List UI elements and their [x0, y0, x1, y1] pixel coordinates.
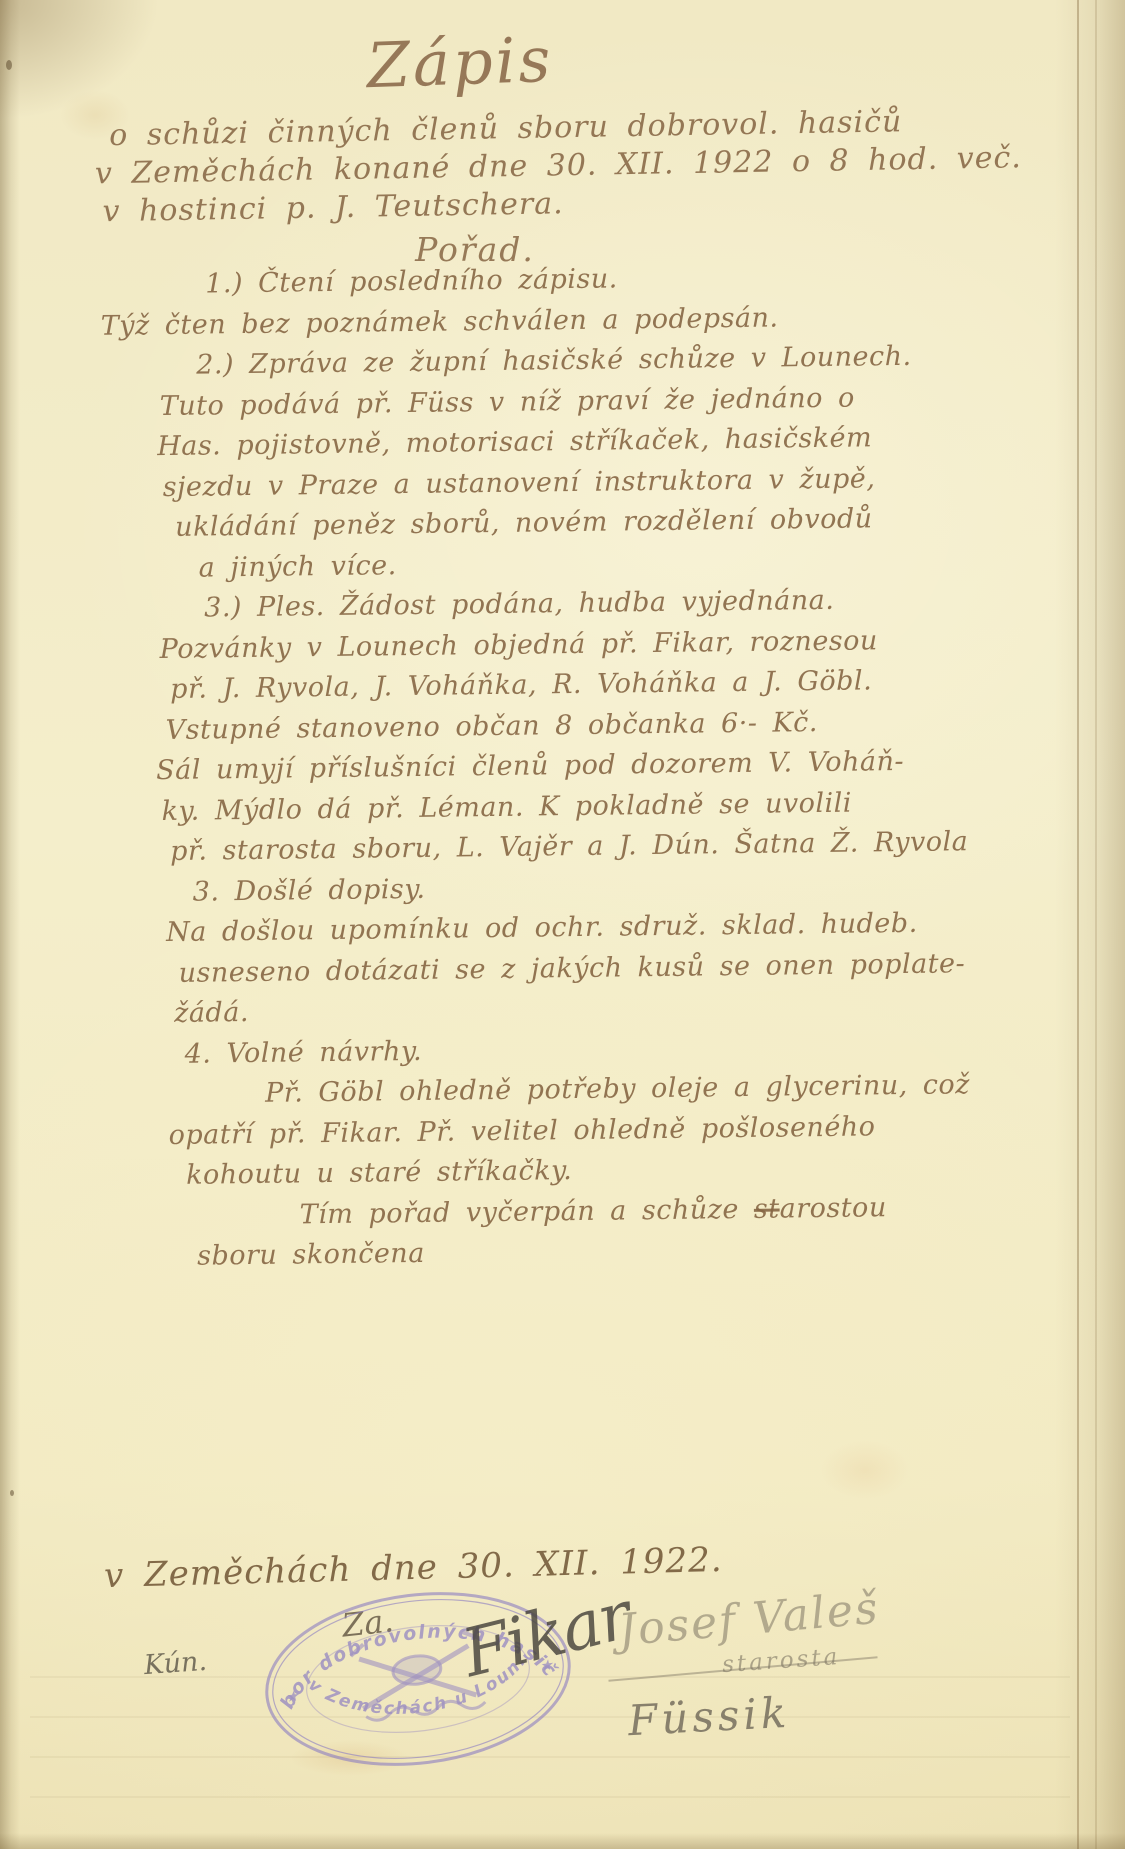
paper-speck [10, 1490, 14, 1496]
manuscript-page: Zápis o schůzi činných členů sboru dobro… [0, 0, 1125, 1849]
signature-fuss: Füssik [627, 1688, 792, 1745]
signature-left: Kún. [143, 1646, 208, 1681]
paper-rule [30, 1796, 1070, 1798]
paper-stain [820, 1440, 910, 1500]
signature-vales: Josef Valeš [616, 1583, 881, 1657]
closing-date-line: v Zeměchách dne 30. XII. 1922. [104, 1540, 723, 1596]
heading-block: o schůzi činných členů sboru dobrovol. h… [0, 99, 1125, 233]
page-bottom-shadow [0, 1833, 1125, 1849]
paper-rule [30, 1756, 1070, 1758]
signature-role-starosta: starosta [721, 1644, 841, 1678]
body-block: 1.) Čtení posledního zápisu.Týž čten bez… [0, 253, 1125, 1279]
